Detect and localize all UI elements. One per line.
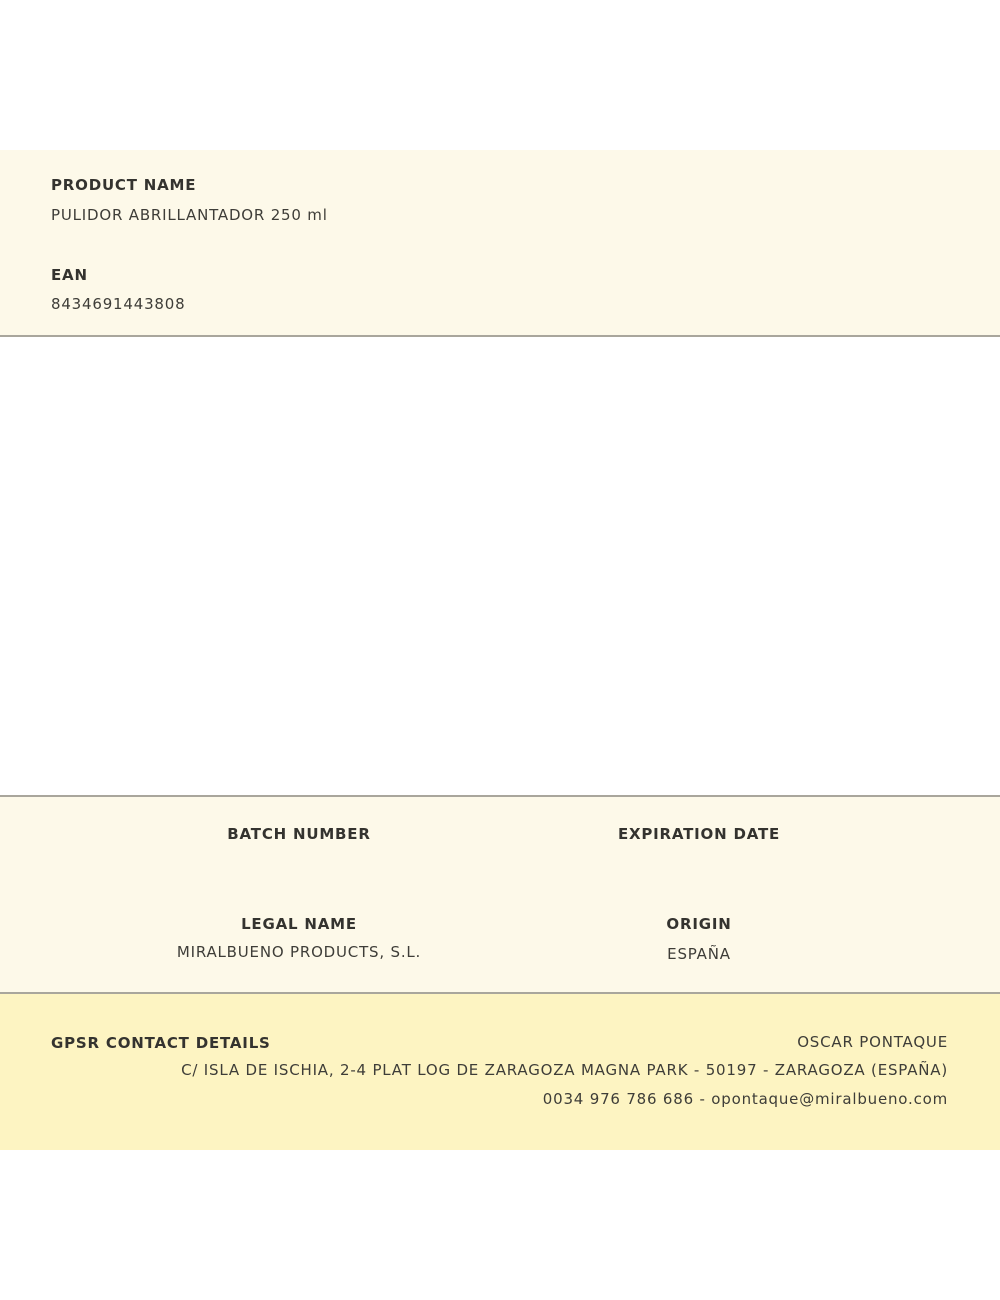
ean-label: EAN — [51, 266, 88, 284]
product-name-label: PRODUCT NAME — [51, 176, 196, 194]
gpsr-phone-email: 0034 976 786 686 - opontaque@miralbueno.… — [543, 1090, 948, 1108]
product-name-value: PULIDOR ABRILLANTADOR 250 ml — [51, 206, 328, 224]
product-info-section: PRODUCT NAME PULIDOR ABRILLANTADOR 250 m… — [0, 150, 1000, 337]
gpsr-contact-name: OSCAR PONTAQUE — [797, 1033, 948, 1051]
gpsr-address: C/ ISLA DE ISCHIA, 2-4 PLAT LOG DE ZARAG… — [181, 1061, 948, 1079]
expiration-date-label: EXPIRATION DATE — [618, 825, 780, 843]
ean-value: 8434691443808 — [51, 295, 185, 313]
legal-name-value: MIRALBUENO PRODUCTS, S.L. — [177, 943, 421, 961]
legal-name-label: LEGAL NAME — [241, 915, 357, 933]
gpsr-contact-section: GPSR CONTACT DETAILS OSCAR PONTAQUE C/ I… — [0, 994, 1000, 1150]
origin-value: ESPAÑA — [667, 945, 731, 963]
batch-number-label: BATCH NUMBER — [227, 825, 370, 843]
batch-details-section: BATCH NUMBER EXPIRATION DATE LEGAL NAME … — [0, 795, 1000, 994]
gpsr-contact-label: GPSR CONTACT DETAILS — [51, 1034, 271, 1052]
origin-label: ORIGIN — [666, 915, 731, 933]
